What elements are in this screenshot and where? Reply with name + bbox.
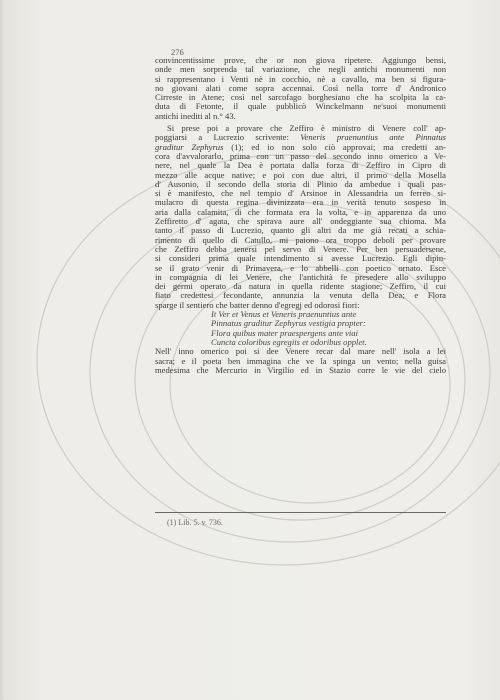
footnote: (1) Lib. 5. v. 736.	[167, 518, 223, 527]
footnote-rule	[155, 512, 446, 513]
body-text: convincentissime prove, che or non giova…	[155, 56, 446, 375]
text-line: medesima che Mercurio in Virgilio ed in …	[155, 366, 446, 375]
text-line: antichi inediti al n.° 43.	[155, 112, 446, 121]
